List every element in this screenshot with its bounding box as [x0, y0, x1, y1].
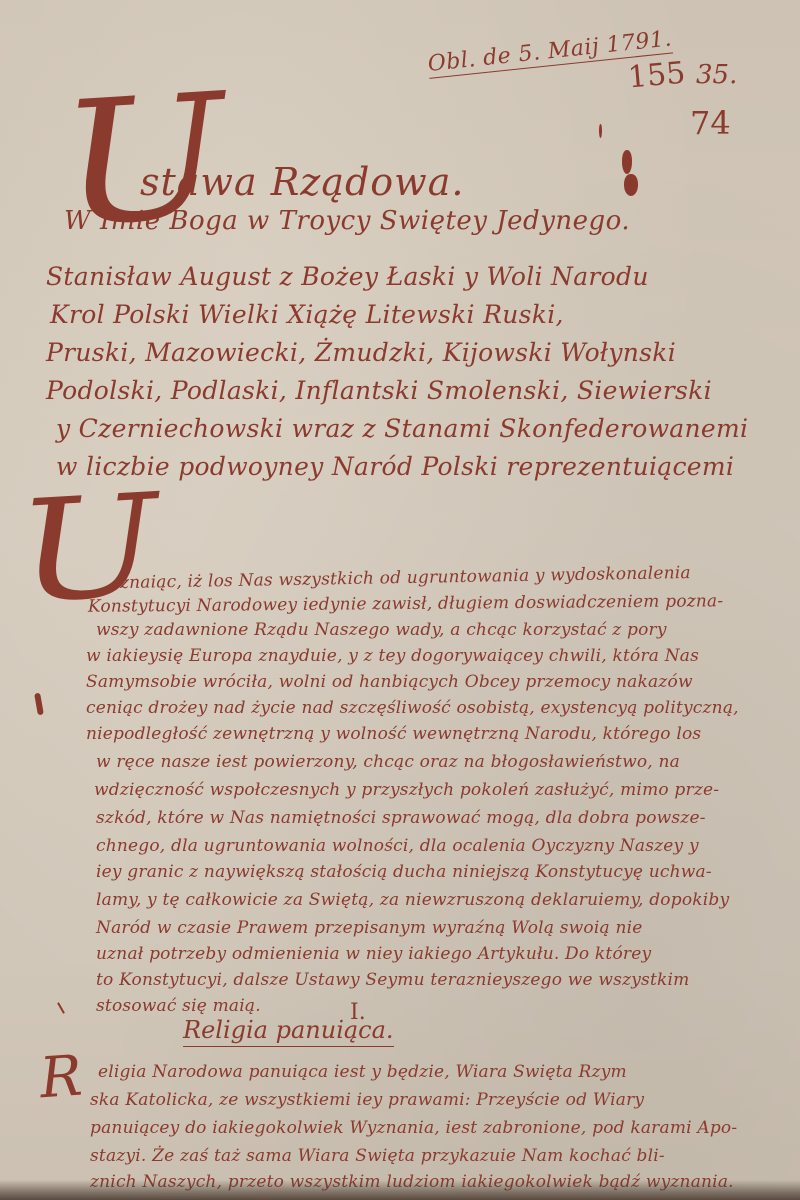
preamble-line: y Czerniechowski wraz z Stanami Skonfede… [56, 414, 748, 443]
ink-blot [599, 124, 602, 138]
body-line: znaiąc, iż los Nas wszystkich od ugrunto… [120, 563, 691, 593]
preamble-line: Pruski, Mazowiecki, Żmudzki, Kijowski Wo… [46, 338, 676, 367]
preamble-line: Stanisław August z Bożey Łaski y Woli Na… [46, 262, 649, 291]
body-line: Samymsobie wróciła, wolni od hanbiących … [86, 672, 693, 692]
article-line: eligia Narodowa panuiąca iest y będzie, … [98, 1062, 627, 1082]
ink-blot [624, 174, 638, 196]
article-initial: R [38, 1049, 84, 1108]
article-title: Religia panuiąca. [183, 1016, 394, 1047]
manuscript-page: Obl. de 5. Maij 1791. 155 35. 74 U stawa… [0, 0, 800, 1200]
body-line: w iakieysię Europa znayduie, y z tey dog… [86, 646, 699, 666]
article-line: panuiącey do iakiegokolwiek Wyznania, ie… [90, 1118, 737, 1138]
page-title: stawa Rządowa. [140, 160, 464, 204]
body-line: Konstytucyi Narodowey iedynie zawisł, dł… [88, 591, 723, 617]
body-line: wszy zadawnione Rządu Naszego wady, a ch… [96, 620, 667, 640]
body-line: wdzięczność wspołczesnych y przyszłych p… [94, 780, 719, 800]
article-line: znich Naszych, przeto wszystkim ludziom … [90, 1172, 734, 1192]
preamble-line: w liczbie podwoyney Naród Polski repreze… [56, 452, 734, 481]
margin-mark [57, 1002, 65, 1013]
invocation: W Imie Boga w Troycy Swiętey Jedynego. [64, 206, 630, 236]
body-line: niepodległość zewnętrzną y wolność wewnę… [86, 724, 701, 744]
article-line: ska Katolicka, ze wszystkiemi iey prawam… [90, 1090, 644, 1110]
article-line: stazyi. Że zaś taż sama Wiara Swięta prz… [90, 1146, 665, 1166]
body-line: chnego, dla ugruntowania wolności, dla o… [96, 836, 699, 856]
folio-number: 35. [696, 60, 737, 90]
body-line: iey granic z naywiększą stałością ducha … [96, 862, 712, 882]
folio-number: 74 [690, 104, 731, 142]
folio-number: 155 [627, 56, 687, 96]
body-line: to Konstytucyi, dalsze Ustawy Seymu tera… [96, 970, 689, 990]
body-line: uznał potrzeby odmienienia w niey iakieg… [96, 944, 651, 964]
body-line: w ręce nasze iest powierzony, chcąc oraz… [96, 752, 680, 772]
margin-mark [34, 693, 44, 716]
ink-blot [622, 150, 632, 174]
body-line: Naród w czasie Prawem przepisanym wyraźn… [96, 918, 643, 938]
body-line: stosować się maią. [96, 996, 261, 1016]
preamble-line: Podolski, Podlaski, Inflantski Smolenski… [46, 376, 712, 405]
body-line: lamy, y tę całkowicie za Swiętą, za niew… [96, 890, 729, 910]
body-line: szkód, które w Nas namiętności sprawować… [96, 808, 706, 828]
body-line: ceniąc drożey nad życie nad szczęśliwość… [86, 698, 739, 718]
preamble-line: Krol Polski Wielki Xiążę Litewski Ruski, [50, 300, 564, 329]
